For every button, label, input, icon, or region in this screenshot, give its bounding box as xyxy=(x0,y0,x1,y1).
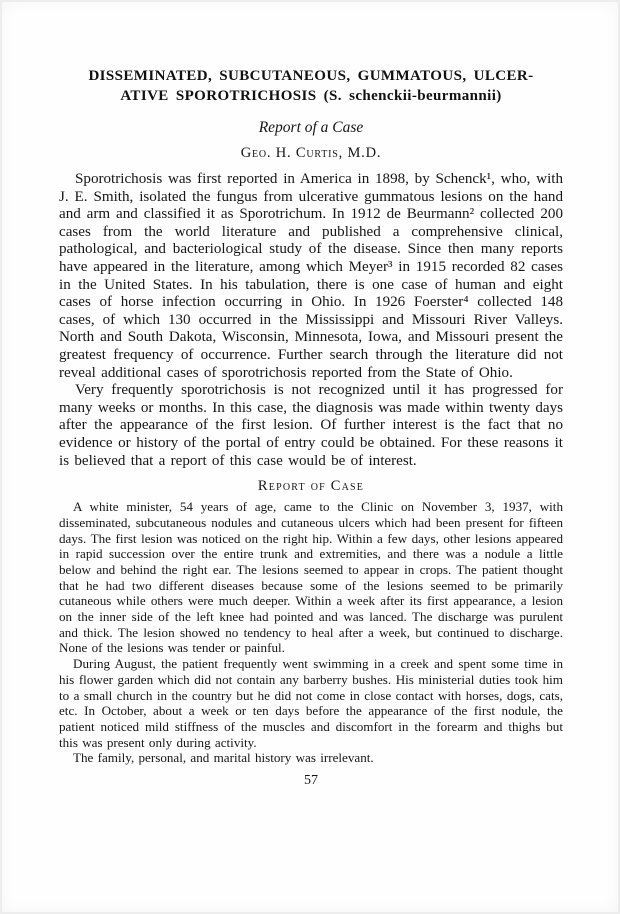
intro-paragraph-1: Sporotrichosis was first reported in Ame… xyxy=(59,171,563,382)
article-author: Geo. H. Curtis, M.D. xyxy=(59,144,563,162)
case-paragraph-2: During August, the patient frequently we… xyxy=(59,656,563,750)
article-subtitle: Report of a Case xyxy=(59,118,563,137)
case-paragraph-1: A white minister, 54 years of age, came … xyxy=(59,499,563,656)
article-title: DISSEMINATED, SUBCUTANEOUS, GUMMATOUS, U… xyxy=(59,66,563,106)
page-number: 57 xyxy=(59,773,563,789)
article-title-line-1: DISSEMINATED, SUBCUTANEOUS, GUMMATOUS, U… xyxy=(88,68,533,84)
section-heading-report-of-case: Report of Case xyxy=(59,477,563,495)
intro-paragraph-2: Very frequently sporotrichosis is not re… xyxy=(59,382,563,470)
case-paragraph-3: The family, personal, and marital histor… xyxy=(59,750,563,766)
article-title-line-2: ATIVE SPOROTRICHOSIS (S. schenckii-beurm… xyxy=(120,88,501,104)
document-page: DISSEMINATED, SUBCUTANEOUS, GUMMATOUS, U… xyxy=(0,0,620,914)
